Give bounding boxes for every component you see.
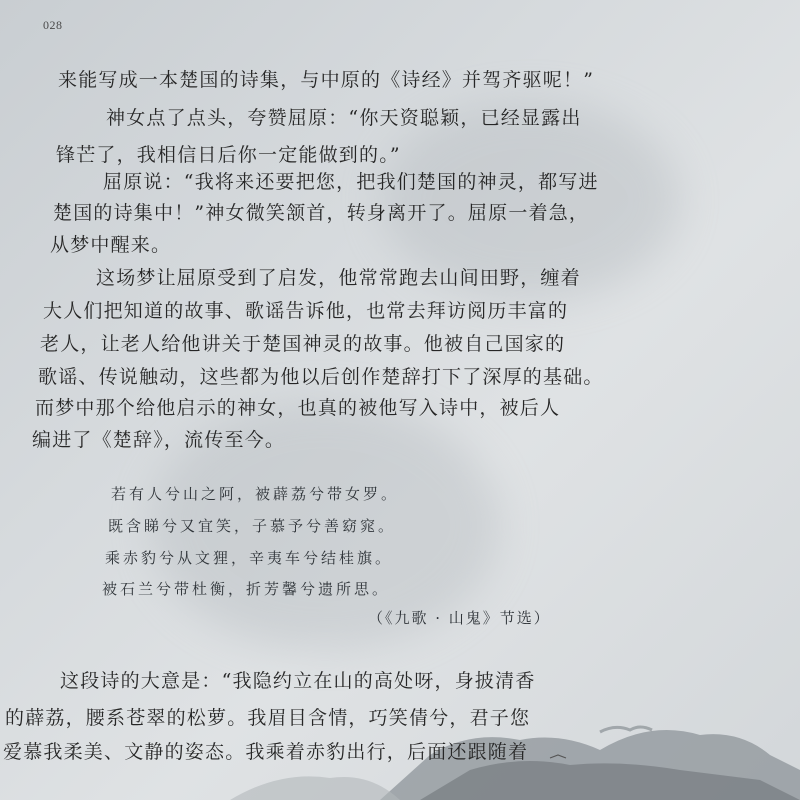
poem-line: 若有人兮山之阿，被薜荔兮带女罗。 (111, 483, 399, 504)
poem-source: （《九歌 · 山鬼》节选） (368, 607, 551, 628)
translation-line: 这段诗的大意是：“我隐约立在山的高处呀，身披清香 (60, 666, 536, 693)
translation-line: 的薜荔，腰系苍翠的松萝。我眉目含情，巧笑倩兮，君子您 (5, 703, 530, 730)
paragraph-line: 老人，让老人给他讲关于楚国神灵的故事。他被自己国家的 (40, 329, 565, 356)
paragraph-line: 这场梦让屈原受到了启发，他常常跑去山间田野，缠着 (96, 263, 581, 290)
paragraph-line: 歌谣、传说触动，这些都为他以后创作楚辞打下了深厚的基础。 (38, 362, 604, 389)
poem-line: 被石兰兮带杜衡，折芳馨兮遗所思。 (102, 578, 390, 599)
paragraph-line: 来能写成一本楚国的诗集，与中原的《诗经》并驾齐驱呢！” (58, 65, 594, 92)
paragraph-line: 屈原说：“我将来还要把您，把我们楚国的神灵，都写进 (103, 167, 599, 194)
paragraph-line: 大人们把知道的故事、歌谣告诉他，也常去拜访阅历丰富的 (43, 296, 568, 323)
paragraph-line: 锋芒了，我相信日后你一定能做到的。” (56, 140, 401, 167)
page-number: 028 (43, 18, 63, 33)
poem-line: 乘赤豹兮从文狸，辛夷车兮结桂旗。 (105, 547, 393, 568)
paragraph-line: 从梦中醒来。 (50, 230, 171, 257)
paragraph-line: 神女点了点头，夸赞屈原：“你天资聪颖，已经显露出 (106, 103, 582, 130)
paragraph-line: 楚国的诗集中！”神女微笑颔首，转身离开了。屈原一着急， (53, 198, 589, 225)
translation-line: 爱慕我柔美、文静的姿态。我乘着赤豹出行，后面还跟随着 (3, 737, 528, 764)
poem-line: 既含睇兮又宜笑，子慕予兮善窈窕。 (108, 515, 396, 536)
paragraph-line: 而梦中那个给他启示的神女，也真的被他写入诗中，被后人 (35, 393, 560, 420)
paragraph-line: 编进了《楚辞》，流传至今。 (32, 425, 285, 452)
